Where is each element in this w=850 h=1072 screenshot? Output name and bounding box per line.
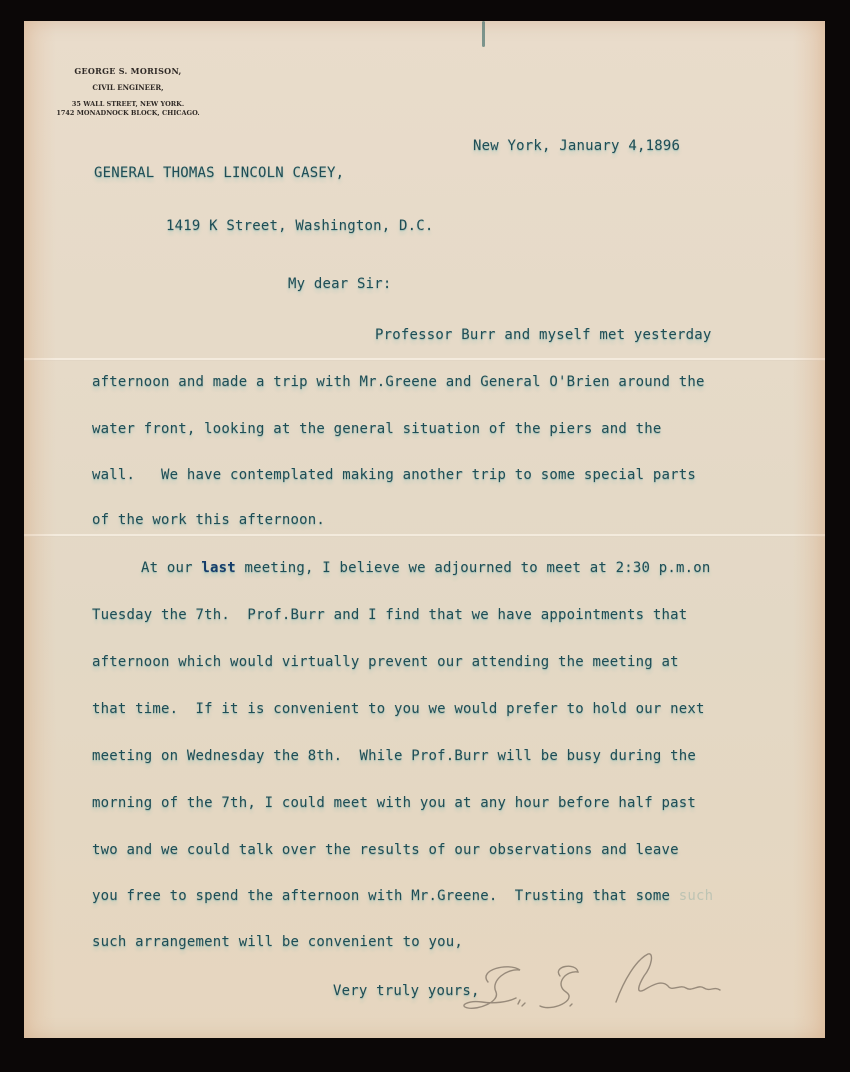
body-line: morning of the 7th, I could meet with yo… [92,795,696,811]
body-line: of the work this afternoon. [92,512,325,528]
body-line: you free to spend the afternoon with Mr.… [92,888,713,904]
body-text: you free to spend the afternoon with Mr.… [92,888,679,904]
fold-line-upper [24,358,825,361]
recipient-name: GENERAL THOMAS LINCOLN CASEY, [94,165,344,181]
letterhead-address-ny: 35 WALL STREET, NEW YORK. [48,100,208,109]
ink-mark-top [482,21,485,47]
letterhead-address-chicago: 1742 MONADNOCK BLOCK, CHICAGO. [48,109,208,118]
letterhead: GEORGE S. MORISON, CIVIL ENGINEER, 35 WA… [48,66,208,118]
body-line: two and we could talk over the results o… [92,842,679,858]
signature: G. S. Morison [448,940,748,1020]
body-line: that time. If it is convenient to you we… [92,701,705,717]
body-line: afternoon which would virtually prevent … [92,654,679,670]
body-line: water front, looking at the general situ… [92,421,662,437]
body-line: At our last meeting, I believe we adjour… [141,560,711,576]
recipient-address: 1419 K Street, Washington, D.C. [166,218,434,234]
dateline: New York, January 4,1896 [473,138,680,154]
salutation: My dear Sir: [288,276,392,292]
body-line: meeting on Wednesday the 8th. While Prof… [92,748,696,764]
emphasized-word: last [201,560,236,576]
body-line: afternoon and made a trip with Mr.Greene… [92,374,705,390]
letterhead-name: GEORGE S. MORISON, [48,66,208,76]
letterhead-address: 35 WALL STREET, NEW YORK. 1742 MONADNOCK… [48,100,208,118]
letterhead-title: CIVIL ENGINEER, [48,83,208,92]
body-text: meeting, I believe we adjourned to meet … [236,560,711,576]
body-line: such arrangement will be convenient to y… [92,934,463,950]
body-line: wall. We have contemplated making anothe… [92,467,696,483]
body-line: Professor Burr and myself met yesterday [375,327,712,343]
body-line: Tuesday the 7th. Prof.Burr and I find th… [92,607,687,623]
fold-line-lower [24,534,825,537]
body-text: At our [141,560,201,576]
struck-word: such [679,888,714,904]
